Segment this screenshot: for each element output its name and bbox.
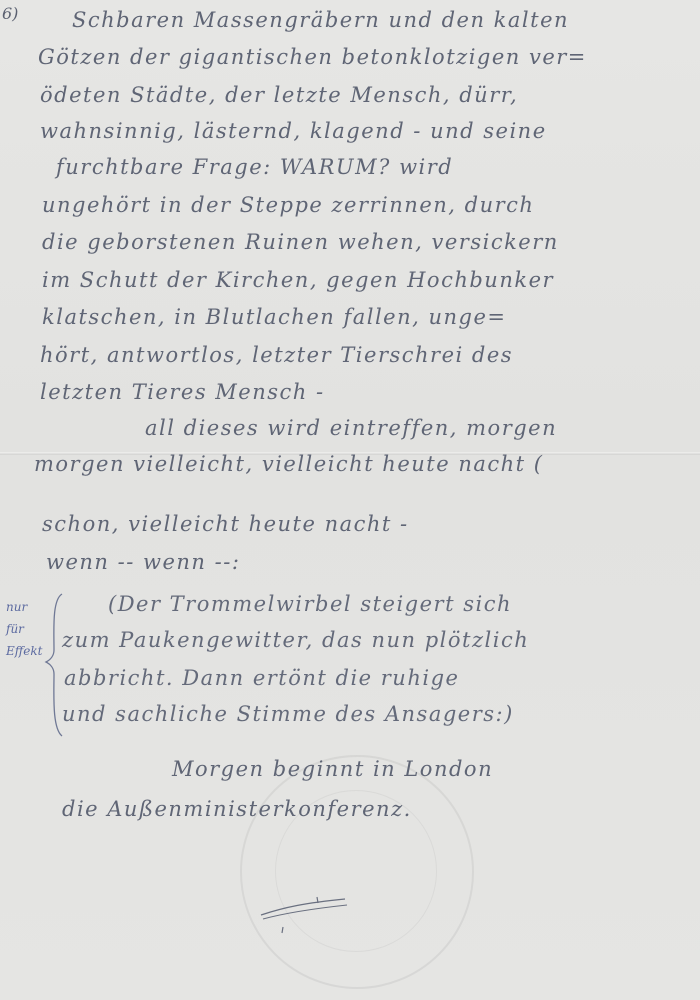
- text-line: Schbaren Massengräbern und den kalten: [72, 8, 569, 32]
- page-number: 6): [2, 4, 18, 23]
- text-line: Morgen beginnt in London: [172, 757, 493, 781]
- margin-note-word: für: [6, 618, 46, 640]
- text-line: all dieses wird eintreffen, morgen: [145, 416, 557, 440]
- margin-note-word: nur: [6, 596, 46, 618]
- text-line: hört, antwortlos, letzter Tierschrei des: [40, 343, 513, 367]
- stage-direction-line: zum Paukengewitter, das nun plötzlich: [62, 628, 529, 652]
- margin-note-word: Effekt: [6, 640, 46, 662]
- text-line: die geborstenen Ruinen wehen, versickern: [42, 230, 559, 254]
- stage-direction-line: und sachliche Stimme des Ansagers:): [62, 702, 514, 726]
- curly-brace-icon: [44, 590, 64, 740]
- signature-flourish-icon: [255, 895, 355, 945]
- text-line: morgen vielleicht, vielleicht heute nach…: [34, 452, 543, 476]
- text-line: Götzen der gigantischen betonklotzigen v…: [38, 45, 587, 69]
- text-line: wahnsinnig, lästernd, klagend - und sein…: [40, 119, 547, 143]
- stage-direction-line: (Der Trommelwirbel steigert sich: [108, 592, 512, 616]
- text-line: letzten Tieres Mensch -: [40, 380, 325, 404]
- text-line: schon, vielleicht heute nacht -: [42, 512, 409, 536]
- text-line: wenn -- wenn --:: [46, 550, 240, 574]
- text-line: ungehört in der Steppe zerrinnen, durch: [42, 193, 534, 217]
- margin-note: nur für Effekt: [6, 596, 46, 662]
- stage-direction-line: abbricht. Dann ertönt die ruhige: [64, 666, 459, 690]
- text-line: furchtbare Frage: WARUM? wird: [56, 155, 453, 179]
- text-line: im Schutt der Kirchen, gegen Hochbunker: [42, 268, 554, 292]
- text-line: ödeten Städte, der letzte Mensch, dürr,: [40, 83, 518, 107]
- text-line: klatschen, in Blutlachen fallen, unge=: [42, 305, 507, 329]
- text-line: die Außenministerkonferenz.: [62, 797, 412, 821]
